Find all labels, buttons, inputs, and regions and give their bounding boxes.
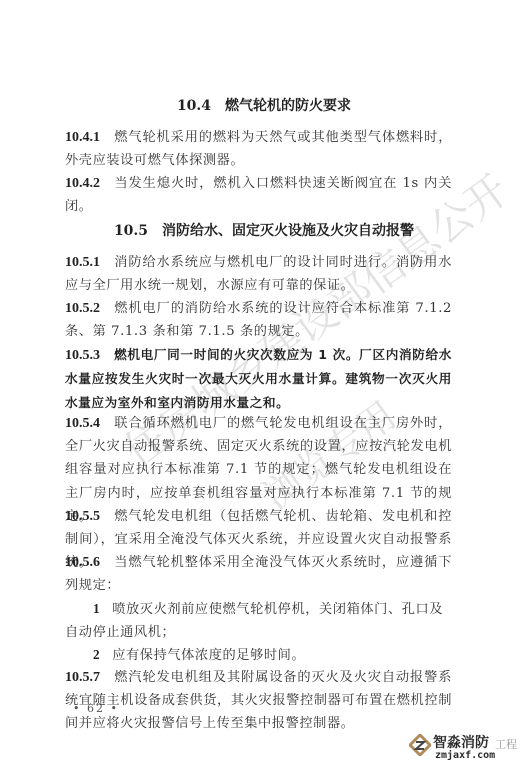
clause-number: 10.5.2 [65, 301, 100, 316]
list-item-1: 1喷放灭火剂前应使燃气轮机停机，关闭箱体门、孔口及自动停止通风机； [65, 597, 452, 644]
clause-text: 燃气轮机采用的燃料为天然气或其他类型气体燃料时，外壳应装设可燃气体探测器。 [65, 130, 452, 168]
item-number: 2 [93, 647, 100, 662]
clause-10-4-1: 10.4.1燃气轮机采用的燃料为天然气或其他类型气体燃料时，外壳应装设可燃气体探… [65, 126, 452, 172]
clause-text: 消防给水系统应与燃机电厂的设计同时进行。消防用水应与全厂用水统一规划，水源应有可… [65, 255, 452, 293]
clause-text: 燃机电厂的消防给水系统的设计应符合本标准第 7.1.2 条、第 7.1.3 条和… [65, 301, 452, 339]
section-title: 消防给水、固定灭火设施及火灾自动报警 [162, 223, 414, 239]
section-heading-10-5: 10.5消防给水、固定灭火设施及火灾自动报警 [0, 220, 528, 240]
item-text: 喷放灭火剂前应使燃气轮机停机，关闭箱体门、孔口及自动停止通风机； [65, 602, 443, 640]
clause-number: 10.5.4 [65, 416, 100, 431]
item-text: 应有保持气体浓度的足够时间。 [112, 648, 305, 663]
clause-10-5-6: 10.5.6当燃气轮机整体采用全淹没气体灭火系统时，应遵循下列规定： [65, 551, 452, 597]
logo-name: 智淼消防 [433, 732, 489, 752]
site-logo: 智淼消防 工程 zmjaxf.com [409, 730, 527, 764]
section-number: 10.5 [114, 223, 148, 239]
clause-number: 10.5.1 [65, 255, 100, 270]
clause-text: 当燃气轮机整体采用全淹没气体灭火系统时，应遵循下列规定： [65, 555, 452, 593]
clause-text: 燃汽轮发电机组及其附属设备的灭火及火灾自动报警系统宜随主机设备成套供货，其火灾报… [65, 670, 452, 731]
clause-number: 10.5.5 [65, 509, 100, 524]
clause-number: 10.5.3 [65, 348, 100, 363]
logo-diamond-icon [409, 734, 431, 756]
document-page: 住房城乡建设部信息公开 浏览专用 10.4燃气轮机的防火要求 10.4.1燃气轮… [0, 0, 528, 766]
section-number: 10.4 [177, 98, 211, 114]
clause-10-4-2: 10.4.2当发生熄火时，燃机入口燃料快速关断阀宜在 1s 内关闭。 [65, 172, 452, 218]
clause-10-5-1: 10.5.1消防给水系统应与燃机电厂的设计同时进行。消防用水应与全厂用水统一规划… [65, 251, 452, 297]
clause-10-5-2: 10.5.2燃机电厂的消防给水系统的设计应符合本标准第 7.1.2 条、第 7.… [65, 297, 452, 343]
clause-number: 10.4.1 [65, 130, 100, 145]
item-number: 1 [93, 601, 100, 616]
section-heading-10-4: 10.4燃气轮机的防火要求 [0, 95, 528, 115]
page-number: • 62 • [73, 702, 119, 715]
clause-text-emphasized: 燃机电厂同一时间的火灾次数应为 1 次。厂区内消防给水水量应按发生火灾时一次最大… [65, 347, 452, 410]
clause-10-5-3: 10.5.3燃机电厂同一时间的火灾次数应为 1 次。厂区内消防给水水量应按发生火… [65, 343, 452, 416]
clause-number: 10.4.2 [65, 176, 100, 191]
logo-url: zmjaxf.com [435, 750, 495, 761]
clause-text: 当发生熄火时，燃机入口燃料快速关断阀宜在 1s 内关闭。 [65, 176, 452, 214]
list-item-2: 2应有保持气体浓度的足够时间。 [65, 643, 452, 667]
clause-10-5-7: 10.5.7燃汽轮发电机组及其附属设备的灭火及火灾自动报警系统宜随主机设备成套供… [65, 666, 452, 736]
section-title: 燃气轮机的防火要求 [225, 98, 351, 114]
clause-number: 10.5.6 [65, 555, 100, 570]
logo-suffix: 工程 [495, 736, 517, 752]
clause-number: 10.5.7 [65, 670, 100, 685]
